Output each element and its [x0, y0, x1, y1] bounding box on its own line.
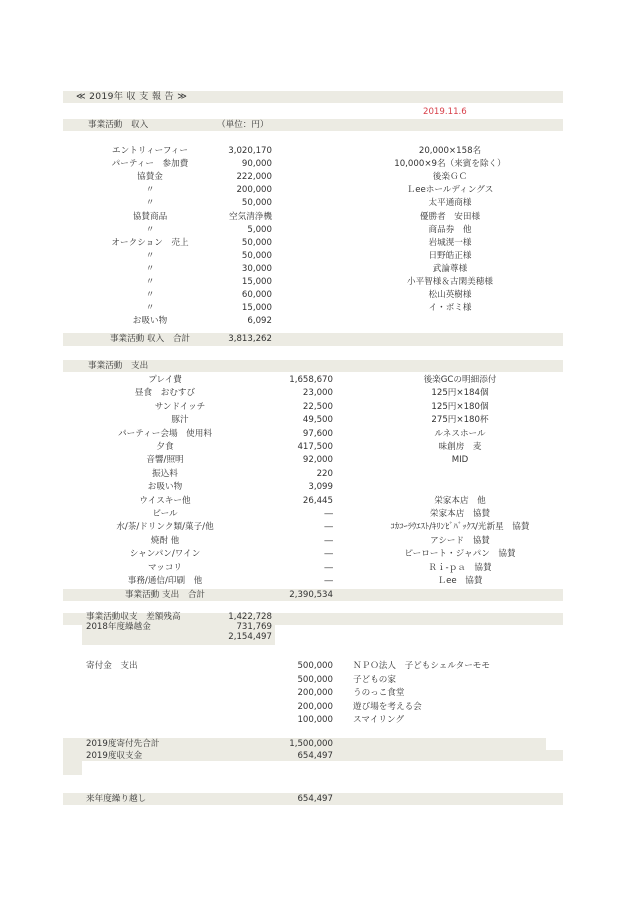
expense-row-amount: 26,445 — [250, 495, 333, 507]
expense-row-note: 125円×184個 — [370, 387, 550, 399]
expense-row-label: 焼酎 他 — [60, 535, 270, 547]
expense-row-amount: ― — [250, 562, 333, 574]
expense-row-amount: ― — [250, 508, 333, 520]
income-row-amount: 90,000 — [190, 158, 272, 170]
income-row-amount: 15,000 — [190, 276, 272, 288]
donation-row-amount: 500,000 — [260, 674, 333, 686]
expense-row-amount: 417,500 — [250, 441, 333, 453]
balance-diff-label: 事業活動収支 差額残高 — [86, 612, 181, 622]
income-row-note: 20,000×158名 — [350, 145, 550, 157]
expense-row-amount: 3,099 — [250, 481, 333, 493]
expense-header: 事業活動 支出 — [88, 360, 148, 372]
carry-label: 2018年度繰越金 — [86, 622, 151, 632]
expense-row-label: 昼食 おむすび — [60, 387, 270, 399]
expense-row-label: シャンパン/ワイン — [60, 548, 270, 560]
income-row-note: 松山英樹様 — [350, 289, 550, 301]
expense-row-label: ウイスキー他 — [60, 495, 270, 507]
income-row-note: Ｌeeホールディングス — [350, 184, 550, 196]
donation-row-amount: 100,000 — [260, 714, 333, 726]
expense-row-label: 水/茶/ドリンク類/菓子/他 — [60, 521, 270, 533]
income-row-amount: 60,000 — [190, 289, 272, 301]
expense-row-note: MID — [370, 454, 550, 466]
next-year-amount: 654,497 — [260, 793, 333, 805]
donation-row-recipient: スマイリング — [353, 714, 404, 726]
expense-row-note: 味創房 麦 — [370, 441, 550, 453]
income-row-amount: 222,000 — [190, 171, 272, 183]
expense-row-label: マッコリ — [60, 562, 270, 574]
net-label: 2019度収支金 — [86, 750, 142, 762]
expense-row-label: 夕食 — [60, 441, 270, 453]
next-year-label: 来年度繰り越し — [86, 793, 146, 805]
income-total-amount: 3,813,262 — [200, 333, 272, 345]
donation-row-recipient: 遊び場を考える会 — [353, 701, 422, 713]
income-row-note: 商品券 他 — [350, 224, 550, 236]
page-title: ≪ 2019年 収 支 報 告 ≫ — [76, 91, 187, 103]
income-row-amount: 30,000 — [190, 263, 272, 275]
unit-label: （単位：円） — [217, 119, 269, 131]
donation-row-amount: 200,000 — [260, 701, 333, 713]
donation-header: 寄付金 支出 — [86, 660, 138, 672]
expense-row-label: パーティー会場 使用料 — [60, 428, 270, 440]
balance-sum-amount: 2,154,497 — [200, 632, 272, 642]
expense-row-amount: 23,000 — [250, 387, 333, 399]
donation-row-recipient: ＮＰＯ法人 子どもシェルターモモ — [353, 660, 490, 672]
summary-band-3 — [63, 761, 82, 775]
donation-row-amount: 500,000 — [260, 660, 333, 672]
expense-row-amount: ― — [250, 535, 333, 547]
expense-row-label: 豚汁 — [130, 414, 230, 426]
income-header: 事業活動 収入 — [88, 119, 148, 131]
income-row-amount: 15,000 — [190, 302, 272, 314]
donation-row-amount: 200,000 — [260, 687, 333, 699]
expense-row-note: ルネスホール — [370, 428, 550, 440]
expense-row-label: ビール — [60, 508, 270, 520]
income-row-note: 後楽ＧＣ — [350, 171, 550, 183]
expense-row-label: 音響/照明 — [60, 454, 270, 466]
expense-row-amount: 220 — [250, 468, 333, 480]
expense-row-note: ピーロート・ジャパン 協賛 — [370, 548, 550, 560]
expense-row-amount: 97,600 — [250, 428, 333, 440]
expense-row-amount: 49,500 — [250, 414, 333, 426]
income-row-note: 10,000×9名（来賓を除く） — [350, 158, 550, 170]
expense-total-amount: 2,390,534 — [260, 589, 333, 601]
income-row-amount: 50,000 — [190, 250, 272, 262]
donation-total-label: 2019度寄付先合計 — [86, 738, 159, 750]
income-row-amount: 3,020,170 — [190, 145, 272, 157]
expense-row-note: アシード 協賛 — [370, 535, 550, 547]
donation-row-recipient: うのっこ食堂 — [353, 687, 404, 699]
net-amount: 654,497 — [260, 750, 333, 762]
report-date: 2019.11.6 — [423, 106, 467, 118]
income-row-note: 優勝者 安田様 — [350, 211, 550, 223]
income-row-amount: 200,000 — [190, 184, 272, 196]
expense-row-note: ｺｶｺｰﾗｳｴｽﾄ/ｷﾘﾝﾋﾞﾊﾞｯｸｽ/光新星 協賛 — [370, 521, 550, 533]
expense-row-note: 275円×180杯 — [370, 414, 550, 426]
expense-row-note: Ｒｉ-ｐａ 協賛 — [370, 562, 550, 574]
income-row-note: イ・ボミ様 — [350, 302, 550, 314]
expense-row-note: 栄家本店 協賛 — [370, 508, 550, 520]
expense-row-amount: 92,000 — [250, 454, 333, 466]
income-row-amount: 空気清浄機 — [190, 211, 272, 223]
expense-row-amount: 1,658,670 — [250, 374, 333, 386]
expense-row-note: 栄家本店 他 — [370, 495, 550, 507]
income-row-note: 武論尊様 — [350, 263, 550, 275]
expense-row-amount: 22,500 — [250, 401, 333, 413]
expense-row-label: 振込料 — [60, 468, 270, 480]
income-row-amount: 6,092 — [190, 315, 272, 327]
expense-row-amount: ― — [250, 575, 333, 587]
balance-diff-amount: 1,422,728 — [200, 612, 272, 622]
expense-row-label: お吸い物 — [60, 481, 270, 493]
income-row-note: 日野皓正様 — [350, 250, 550, 262]
expense-row-label: プレイ費 — [60, 374, 270, 386]
expense-row-note: 後楽GCの明細添付 — [370, 374, 550, 386]
income-total-label: 事業活動 収入 合計 — [80, 333, 220, 345]
donation-row-recipient: 子どもの家 — [353, 674, 396, 686]
income-row-amount: 50,000 — [190, 237, 272, 249]
income-row-amount: 5,000 — [190, 224, 272, 236]
expense-row-note: 125円×180個 — [370, 401, 550, 413]
income-row-note: 小平智様＆古閑美穂様 — [350, 276, 550, 288]
expense-row-amount: ― — [250, 521, 333, 533]
expense-row-label: サンドイッチ — [130, 401, 230, 413]
expense-row-amount: ― — [250, 548, 333, 560]
income-row-amount: 50,000 — [190, 197, 272, 209]
expense-row-label: 事務/通信/印刷 他 — [60, 575, 270, 587]
income-row-note: 太平通商様 — [350, 197, 550, 209]
carry-amount: 731,769 — [200, 622, 272, 632]
income-row-note: 岩城滉一様 — [350, 237, 550, 249]
expense-total-label: 事業活動 支出 合計 — [90, 589, 240, 601]
donation-total-amount: 1,500,000 — [260, 738, 333, 750]
expense-row-note: Ｌee 協賛 — [370, 575, 550, 587]
